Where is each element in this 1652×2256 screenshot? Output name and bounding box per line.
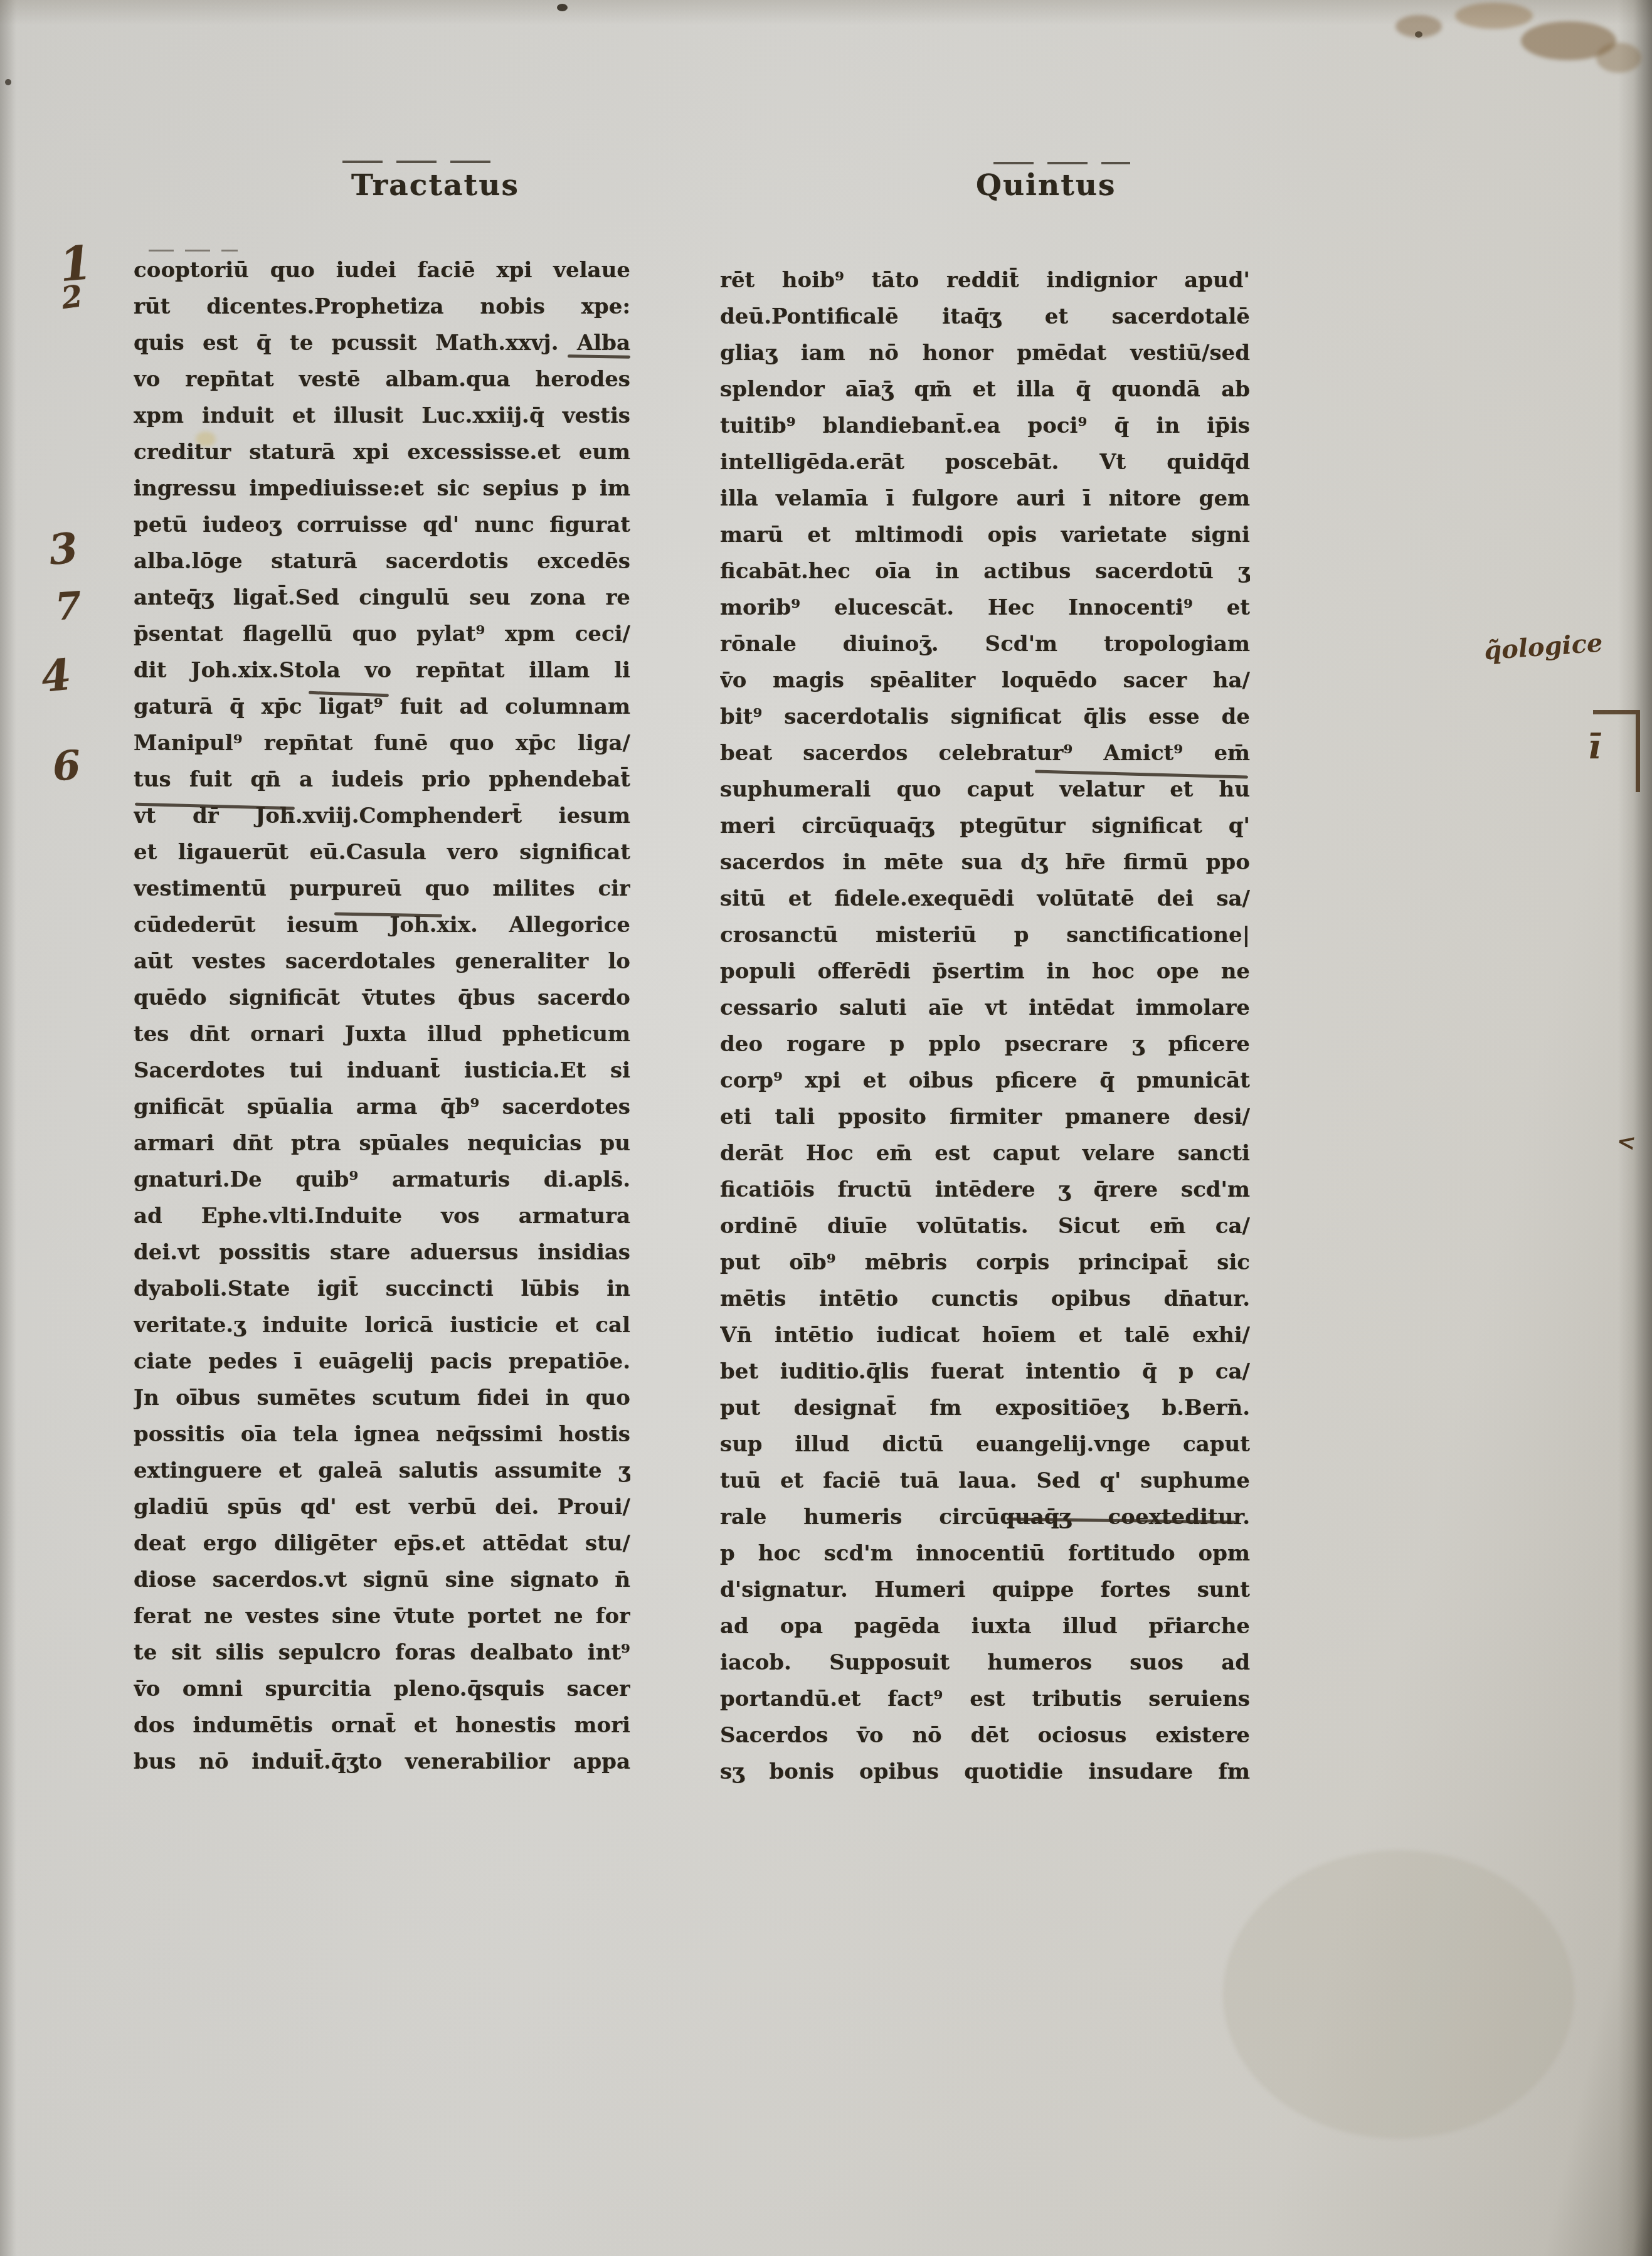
text-line: ordinē diuīe volūtatis. Sicut em̄ ca/ (720, 1208, 1250, 1244)
text-line: ad opa pagēda iuxta illud pr̄iarche (720, 1608, 1250, 1644)
text-line: p̄sentat flagellū quo pylat⁹ xpm ceci/ (134, 616, 630, 652)
text-line: crosanctū misteriū p sanctificatione| (720, 917, 1250, 953)
text-line: xpm induit et illusit Luc.xxiij.q̄ vesti… (134, 398, 630, 434)
text-line: cūdederūt iesum Joh.xix. Allegorice (134, 907, 630, 943)
text-line: put oīb⁹ mēbris corpis principat̄ sic (720, 1244, 1250, 1281)
margin-mark-i: ī (1588, 726, 1601, 766)
text-column-left: cooptoriū quo iudei faciē xpi velauerūt … (134, 252, 630, 1780)
text-line: te sit silis sepulcro foras dealbato int… (134, 1634, 630, 1671)
text-line: tuū et faciē tuā laua. Sed q' suphume (720, 1463, 1250, 1499)
text-line: gnificāt spūalia arma q̄b⁹ sacerdotes (134, 1089, 630, 1125)
text-line: meri circūquaq̄ʒ ptegūtur significat q' (720, 808, 1250, 844)
header-overline (342, 161, 504, 163)
margin-note: q̃ologice (1483, 628, 1604, 665)
text-line: Sacerdos v̄o nō dēt ociosus existere (720, 1717, 1250, 1754)
text-line: rūt dicentes.Prophetiza nobis xpe: (134, 289, 630, 325)
text-line: d'signatur. Humeri quippe fortes sunt (720, 1572, 1250, 1608)
text-line: extinguere et galeā salutis assumite ʒ (134, 1453, 630, 1489)
page-edge-shadow (0, 0, 16, 2256)
text-line: sʒ bonis opibus quotidie insudare fm (720, 1754, 1250, 1790)
text-line: put designat̄ fm expositiōeʒ b.Bern̄. (720, 1390, 1250, 1426)
text-line: bet iuditio.q̄lis fuerat intentio q̄ p c… (720, 1353, 1250, 1390)
text-line: intelligēda.erāt poscebāt. Vt quidq̄d (720, 444, 1250, 480)
text-line: rēt hoib⁹ tāto reddit̄ indignior apud' (720, 262, 1250, 299)
text-line: et ligauerūt eū.Casula vero significat (134, 834, 630, 871)
text-line: marū et mltimodi opis varietate signi (720, 517, 1250, 553)
text-line: alba.lōge staturā sacerdotis excedēs (134, 543, 630, 580)
text-line: quis est q̄ te pcussit Math.xxvj. Alba (134, 325, 630, 361)
text-line: bus nō induit̄.q̄ʒto venerabilior appa (134, 1744, 630, 1780)
text-line: aūt vestes sacerdotales generaliter lo (134, 943, 630, 980)
margin-mark-angle: < (1615, 1128, 1638, 1157)
text-line: p hoc scd'm innocentiū fortitudo opm (720, 1535, 1250, 1572)
page: Tractatus Quintus cooptoriū quo iudei fa… (0, 0, 1652, 2256)
text-line: tuitib⁹ blandiebant̄.ea poci⁹ q̄ in ip̄i… (720, 408, 1250, 444)
text-line: rale humeris circūquaq̄ʒ coexteditur. (720, 1499, 1250, 1535)
stain (1596, 43, 1641, 73)
text-line: ficabāt.hec oīa in actibus sacerdotū ʒ (720, 553, 1250, 590)
text-line: dei.vt possitis stare aduersus insidias (134, 1234, 630, 1271)
text-line: bit⁹ sacerdotalis significat q̄lis esse … (720, 699, 1250, 735)
text-line: petū iudeoʒ corruisse qd' nunc figurat (134, 507, 630, 543)
text-column-right: rēt hoib⁹ tāto reddit̄ indignior apud'de… (720, 262, 1250, 1790)
text-line: illa velamīa ī fulgore auri ī nitore gem (720, 480, 1250, 517)
text-line: armari dn̄t ptra spūales nequicias pu (134, 1125, 630, 1162)
text-line: quēdo significāt v̄tutes q̄bus sacerdo (134, 980, 630, 1016)
text-line: dit Joh.xix.Stola vo repn̄tat illam li (134, 652, 630, 689)
ink-speck (557, 4, 568, 11)
text-line: suphumerali quo caput velatur et hu (720, 771, 1250, 808)
text-line: vo repn̄tat vestē albam.qua herodes (134, 361, 630, 398)
text-line: deat ergo diligēter ep̄s.et attēdat stu/ (134, 1525, 630, 1562)
text-line: ad Ephe.vlti.Induite vos armatura (134, 1198, 630, 1234)
text-line: ingressu impediuisse:et sic sepius p im (134, 470, 630, 507)
text-line: possitis oīa tela ignea neq̄ssimi hostis (134, 1416, 630, 1453)
ink-speck (5, 79, 11, 85)
text-line: deo rogare p pplo psecrare ʒ pficere (720, 1026, 1250, 1062)
text-line: beat sacerdos celebratur⁹ Amict⁹ em̄ (720, 735, 1250, 771)
running-header-left: Tractatus (351, 168, 519, 203)
text-line: Vn̄ intētio iudicat hoīem et talē exhi/ (720, 1317, 1250, 1353)
text-line: sacerdos in mēte sua dʒ hr̄e firmū ppo (720, 844, 1250, 881)
text-line: vestimentū purpureū quo milites cir (134, 871, 630, 907)
text-line: rōnale diuinoʒ̄. Scd'm tropologiam (720, 626, 1250, 662)
ink-speck (1415, 31, 1422, 38)
text-line: gliaʒ iam nō honor pmēdat vestiū/sed (720, 335, 1250, 371)
text-line: ciate pedes ī euāgelij pacis prepatiōe. (134, 1343, 630, 1380)
text-line: veritate.ʒ induite loricā iusticie et ca… (134, 1307, 630, 1343)
text-line: ferat ne vestes sine v̄tute portet ne fo… (134, 1598, 630, 1634)
text-line: iacob. Supposuit humeros suos ad (720, 1644, 1250, 1681)
text-line: eti tali pposito firmiter pmanere desi/ (720, 1099, 1250, 1135)
text-line: v̄o omni spurcitia pleno.q̄squis sacer (134, 1671, 630, 1707)
text-line: corp⁹ xpi et oibus pficere q̄ pmunicāt (720, 1062, 1250, 1099)
ink-dash (149, 250, 238, 252)
text-line: gnaturi.De quib⁹ armaturis di.apls̄. (134, 1162, 630, 1198)
text-line: derāt Hoc em̄ est caput velare sancti (720, 1135, 1250, 1172)
text-line: deū.Pontificalē itaq̄ʒ et sacerdotalē (720, 299, 1250, 335)
text-line: creditur staturā xpi excessisse.et eum (134, 434, 630, 470)
text-line: gladiū spūs qd' est verbū dei. Proui/ (134, 1489, 630, 1525)
stain (1223, 1850, 1574, 2139)
text-line: cessario saluti aīe vt intēdat immolare (720, 990, 1250, 1026)
text-line: Sacerdotes tui induant̄ iusticia.Et si (134, 1052, 630, 1089)
text-line: Jn oībus sumētes scutum fidei in quo (134, 1380, 630, 1416)
text-line: ficatiōis fructū intēdere ʒ q̄rere scd'm (720, 1172, 1250, 1208)
margin-number: 6 (51, 742, 82, 791)
stain (1455, 3, 1533, 29)
text-line: Manipul⁹ repn̄tat funē quo xp̄c liga/ (134, 725, 630, 761)
text-line: cooptoriū quo iudei faciē xpi velaue (134, 252, 630, 289)
text-line: tus fuit qn̄ a iudeis prio pphendebat̄ (134, 761, 630, 798)
margin-number: 7 (54, 584, 83, 630)
text-line: tes dn̄t ornari Juxta illud ppheticum (134, 1016, 630, 1052)
text-line: dos indumētis ornat̄ et honestis mori (134, 1707, 630, 1744)
header-overline (993, 162, 1130, 164)
text-line: sup illud dictū euangelij.vnge caput (720, 1426, 1250, 1463)
text-line: dyaboli.State igit̄ succincti lūbis in (134, 1271, 630, 1307)
text-line: anteq̄ʒ ligat̄.Sed cingulū seu zona re (134, 580, 630, 616)
text-line: splendor aīaʒ̄ qm̄ et illa q̄ quondā ab (720, 371, 1250, 408)
text-line: portandū.et fact⁹ est tributis seruiens (720, 1681, 1250, 1717)
margin-number: 3 (46, 523, 80, 575)
text-line: morib⁹ elucescāt. Hec Innocenti⁹ et (720, 590, 1250, 626)
text-line: vt dr̄ Joh.xviij.Comphendert̄ iesum (134, 798, 630, 834)
margin-number: 4 (39, 650, 73, 703)
text-line: v̄o magis spēaliter loquēdo sacer ha/ (720, 662, 1250, 699)
text-line: diose sacerdos.vt signū sine signato n̄ (134, 1562, 630, 1598)
text-line: populi offerēdi p̄sertim in hoc ope ne (720, 953, 1250, 990)
running-header-right: Quintus (976, 168, 1116, 203)
text-line: mētis intētio cunctis opibus dn̄atur. (720, 1281, 1250, 1317)
text-line: sitū et fidele.exequēdi volūtatē dei sa/ (720, 881, 1250, 917)
